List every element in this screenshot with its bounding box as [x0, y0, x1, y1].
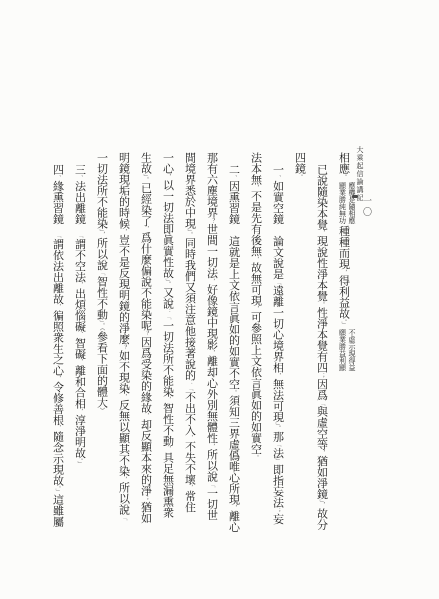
punctuation: 。 — [319, 302, 325, 308]
gloss-line: 應機是隨相應 — [347, 182, 357, 224]
punctuation: ， — [319, 450, 325, 456]
punctuation: ， — [253, 257, 259, 263]
page-number: 一〇 — [360, 196, 373, 218]
punctuation: ） — [99, 408, 105, 414]
punctuation: 、 — [231, 175, 237, 181]
punctuation: 、 — [77, 175, 83, 181]
punctuation: ， — [121, 477, 127, 483]
punctuation: 「 — [187, 386, 193, 392]
punctuation: ？ — [143, 331, 149, 337]
punctuation: 「 — [55, 236, 61, 239]
punctuation: 」 — [341, 322, 347, 328]
punctuation: ， — [143, 413, 149, 419]
punctuation: ； — [319, 373, 325, 379]
punctuation: ， — [55, 376, 61, 382]
scan-speck — [352, 195, 358, 198]
text-columns: 相應。應機是隨相應顯業勝純無功種種而現，得利益故。」不虛示現得益願業勝益利顯已說… — [47, 152, 357, 544]
punctuation: ， — [275, 373, 281, 379]
book-page: { "page": { "header": "大乘起信論講記", "page_n… — [0, 0, 439, 599]
punctuation: ， — [253, 306, 259, 312]
punctuation: ， — [121, 394, 127, 400]
punctuation: 「 — [77, 236, 83, 239]
punctuation: 」 — [77, 461, 83, 467]
interlinear-gloss: 不虛示現得益願業勝益利顯 — [337, 329, 356, 371]
gloss-line: 不虛示現得益 — [347, 329, 357, 371]
punctuation: ？ — [209, 218, 215, 224]
text-column: 一切法所不能染」，所以說「智性不動」。（參看下面的體大） — [91, 152, 113, 544]
punctuation: ， — [77, 409, 83, 415]
gloss-line: 願業勝益利顯 — [337, 329, 347, 371]
punctuation: ； — [143, 496, 149, 502]
punctuation: 。 — [341, 174, 347, 180]
interlinear-gloss: 應機是隨相應顯業勝純無功 — [337, 182, 356, 224]
punctuation: ， — [341, 270, 347, 276]
punctuation: 「 — [275, 442, 281, 448]
text-column: 法本無，不是先有後無，故無可現，可參照上文依言眞如的如實空。 — [245, 152, 267, 544]
punctuation: ， — [77, 282, 83, 288]
punctuation: ， — [231, 505, 237, 511]
running-header: 大乘起信論講記 — [355, 146, 365, 202]
text-column: 生故」。已經染了，爲什麼偏說不能染呢？因爲受染的緣故，却反顯本來的淨；猶如 — [135, 152, 157, 544]
punctuation: ， — [319, 502, 325, 508]
punctuation: 「 — [121, 515, 127, 521]
text-column: 四、緣熏習鏡 「謂依法出離故，徧照衆生之心，令修善根，隨念示現故。」這雖屬 — [47, 152, 69, 556]
punctuation: 」 — [55, 489, 61, 495]
gloss-line: 顯業勝純無功 — [337, 182, 347, 224]
text-column: 一、如實空鏡 論文說是「遠離一切心境界相，無法可現」。那「法」即指妄法；妄 — [267, 152, 289, 556]
punctuation: ， — [253, 185, 259, 191]
punctuation: ， — [187, 435, 193, 441]
punctuation: （ — [99, 328, 105, 331]
punctuation: ， — [165, 397, 171, 403]
punctuation: 。 — [297, 174, 303, 180]
punctuation: ， — [165, 446, 171, 452]
text-column: 已說隨染本覺，現說性淨本覺。性淨本覺有四；因爲「與虛空等，猶如淨鏡」，故分 — [311, 152, 333, 556]
punctuation: 。 — [231, 390, 237, 396]
punctuation: ； — [275, 508, 281, 514]
punctuation: ， — [77, 359, 83, 365]
punctuation: 。 — [253, 455, 259, 461]
punctuation: 「 — [209, 482, 215, 488]
text-column: 三、法出離鏡 「謂不空法，出煩惱礙、智礙，離和合相，淳淨明故。」 — [69, 152, 91, 556]
punctuation: 。 — [143, 177, 149, 183]
punctuation: 」 — [275, 458, 281, 464]
punctuation: 、 — [77, 332, 83, 338]
punctuation: ， — [209, 279, 215, 285]
punctuation: ， — [165, 174, 171, 180]
text-column: 相應。應機是隨相應顯業勝純無功種種而現，得利益故。」不虛示現得益願業勝益利顯 — [333, 152, 357, 544]
punctuation: ， — [319, 230, 325, 236]
punctuation: 、 — [275, 175, 281, 181]
punctuation: 「 — [275, 280, 281, 286]
punctuation: ， — [99, 232, 105, 238]
punctuation: 「 — [99, 270, 105, 276]
punctuation: ？ — [121, 345, 127, 351]
punctuation: 。 — [187, 232, 193, 238]
text-column: 間境界悉於中現」。同時我們又須注意他接著說的：「不出不入，不失不壞，常住 — [179, 152, 201, 544]
text-column: 二、因熏習鏡 這就是上文依言眞如的如實不空。須知三界虛僞唯心所現，離心 — [223, 152, 245, 556]
punctuation: ， — [209, 444, 215, 450]
text-column: 明鏡現垢的時候，豈不是反現明鏡的淨麼？如不現染，反無以顯其不染，所以說「 — [113, 152, 135, 544]
punctuation: 「 — [165, 314, 171, 320]
punctuation: ， — [121, 229, 127, 235]
punctuation: ， — [209, 350, 215, 356]
text-column: 那有六塵境界？世間一切法，好像鏡中現影，離却心外別無體性，所以說「一切世 — [201, 152, 223, 544]
punctuation: 、 — [55, 175, 61, 181]
punctuation: ， — [55, 304, 61, 310]
punctuation: 「 — [319, 401, 325, 407]
punctuation: ， — [143, 226, 149, 232]
punctuation: ， — [55, 425, 61, 431]
punctuation: 。 — [275, 425, 281, 431]
punctuation: 。 — [165, 281, 171, 287]
punctuation: ， — [187, 485, 193, 491]
text-column: 四鏡。 — [289, 152, 311, 544]
text-column: 一心，以一切法即眞實性故」。又說：「一切法所不能染，智性不動，具足無漏熏衆 — [157, 152, 179, 544]
